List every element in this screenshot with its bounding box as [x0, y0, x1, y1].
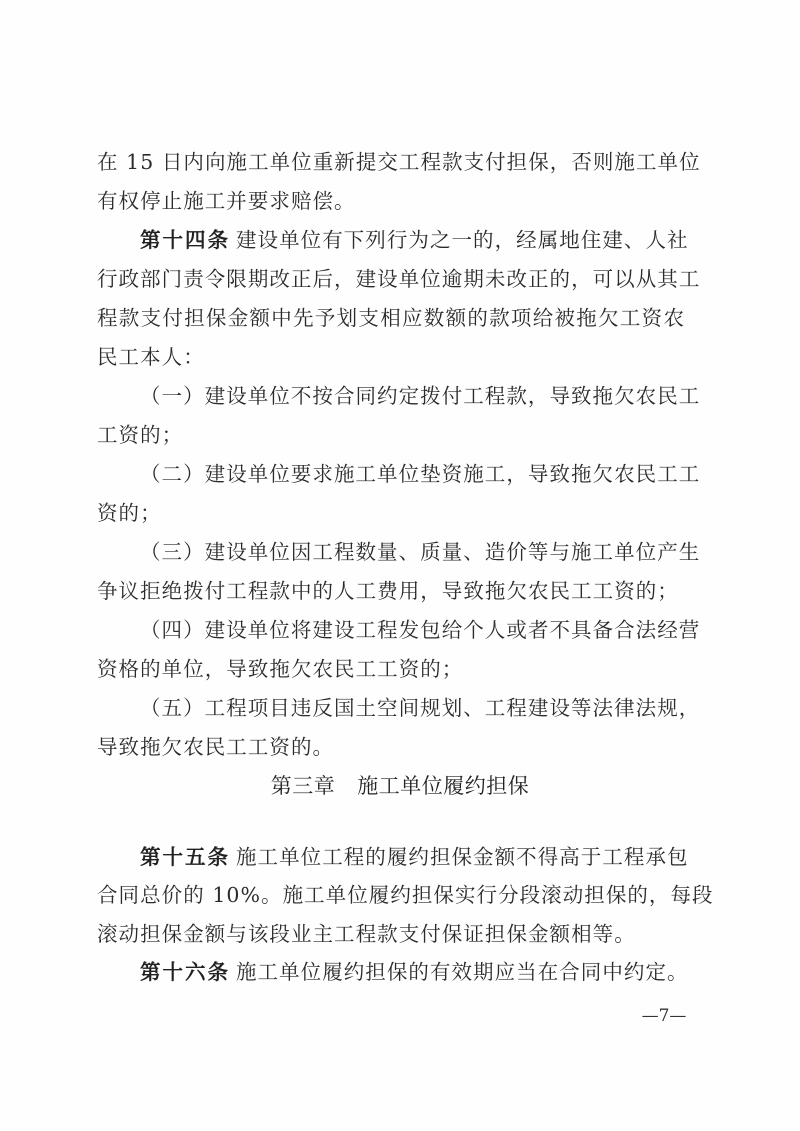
article-14-item-5-line-2: 导致拖欠农民工工资的。 [97, 732, 685, 762]
article-14-item-2-line-2: 资的； [97, 498, 685, 528]
article-15-line-3: 滚动担保金额与该段业主工程款支付保证担保金额相等。 [97, 919, 685, 949]
article-14-line-2: 行政部门责令限期改正后，建设单位逾期未改正的，可以从其工 [97, 264, 685, 294]
article-14-item-4-line-2: 资格的单位，导致拖欠农民工工资的； [97, 654, 685, 684]
article-14-number: 第十四条 [140, 228, 230, 252]
article-14-item-1-line-2: 工资的； [97, 420, 685, 450]
article-15-line-2: 合同总价的 10%。施工单位履约担保实行分段滚动担保的，每段 [97, 880, 685, 910]
article-16-text-1: 施工单位履约担保的有效期应当在合同中约定。 [236, 960, 689, 984]
article-15-number: 第十五条 [140, 845, 230, 869]
page-number: —7— [638, 1004, 690, 1028]
article-16-number: 第十六条 [140, 960, 230, 984]
article-14-item-3-line-2: 争议拒绝拨付工程款中的人工费用，导致拖欠农民工工资的； [97, 576, 685, 606]
article-14-first-line: 第十四条建设单位有下列行为之一的，经属地住建、人社 [97, 225, 685, 255]
article-15-text-1: 施工单位工程的履约担保金额不得高于工程承包 [236, 845, 689, 869]
continuation-line-1: 在 15 日内向施工单位重新提交工程款支付担保，否则施工单位 [97, 147, 685, 177]
article-14-line-3: 程款支付担保金额中先予划支相应数额的款项给被拖欠工资农 [97, 303, 685, 333]
chapter-number: 第三章 [271, 774, 336, 798]
document-page: 在 15 日内向施工单位重新提交工程款支付担保，否则施工单位 有权停止施工并要求… [0, 0, 800, 1131]
article-15-first-line: 第十五条施工单位工程的履约担保金额不得高于工程承包 [97, 842, 685, 872]
article-16-first-line: 第十六条施工单位履约担保的有效期应当在合同中约定。 [97, 957, 685, 987]
article-14-line-4: 民工本人： [97, 342, 685, 372]
article-14-text-1: 建设单位有下列行为之一的，经属地住建、人社 [236, 228, 689, 252]
article-14-item-3-line-1: （三）建设单位因工程数量、质量、造价等与施工单位产生 [97, 537, 685, 567]
chapter-title: 施工单位履约担保 [357, 774, 529, 798]
article-14-item-1-line-1: （一）建设单位不按合同约定拨付工程款，导致拖欠农民工 [97, 381, 685, 411]
article-14-item-4-line-1: （四）建设单位将建设工程发包给个人或者不具备合法经营 [97, 615, 685, 645]
article-14-item-2-line-1: （二）建设单位要求施工单位垫资施工，导致拖欠农民工工 [97, 459, 685, 489]
chapter-heading: 第三章施工单位履约担保 [0, 771, 800, 801]
continuation-line-2: 有权停止施工并要求赔偿。 [97, 186, 685, 216]
article-14-item-5-line-1: （五）工程项目违反国土空间规划、工程建设等法律法规， [97, 693, 685, 723]
